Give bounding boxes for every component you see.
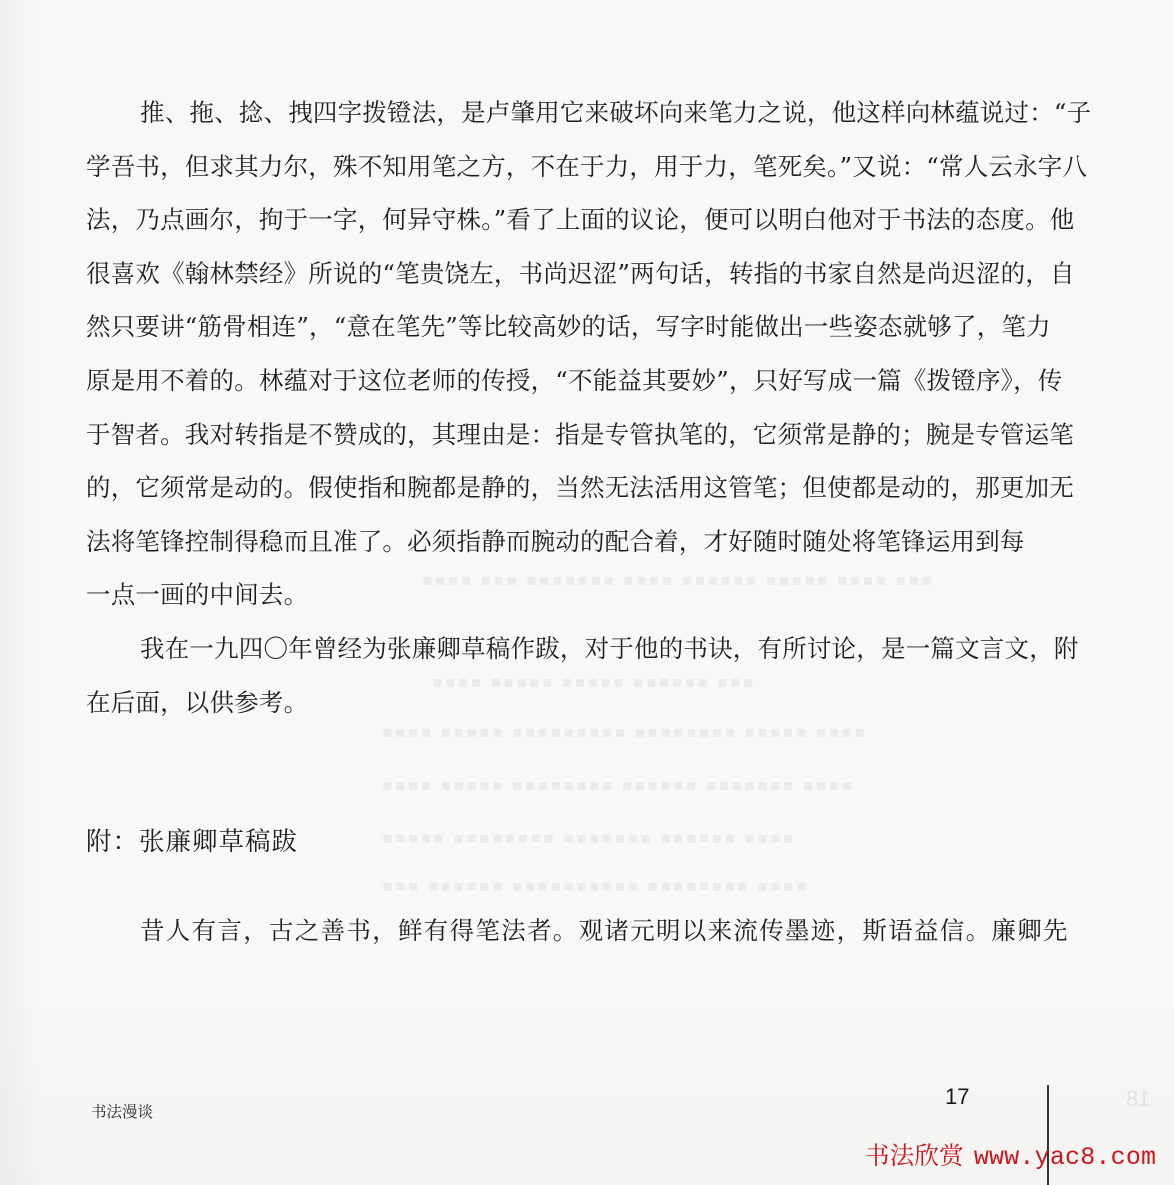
body-text: 推、拖、捻、拽四字拨镫法，是卢肇用它来破坏向来笔力之说，他这样向林蕴说过：“子 …: [86, 86, 1054, 729]
watermark: 书法欣赏www.yac8.com: [865, 1137, 1156, 1172]
text-line: 在后面，以供参考。: [86, 676, 1054, 730]
paragraph-2: 我在一九四〇年曾经为张廉卿草稿作跋，对于他的书诀，有所讨论，是一篇文言文，附 在…: [86, 622, 1054, 729]
page-number: 17: [945, 1084, 969, 1110]
paragraph-1: 推、拖、捻、拽四字拨镫法，是卢肇用它来破坏向来笔力之说，他这样向林蕴说过：“子 …: [86, 86, 1054, 622]
text-line: 我在一九四〇年曾经为张廉卿草稿作跋，对于他的书诀，有所讨论，是一篇文言文，附: [86, 622, 1054, 676]
bleed-through-text: ▪▪▪▪ ▪▪▪▪▪▪▪ ▪▪▪▪▪▪ ▪▪▪▪▪▪▪▪ ▪▪▪▪▪ ▪▪▪▪: [380, 775, 852, 794]
bleed-through-text: ▪▪▪▪ ▪▪▪▪▪▪▪▪ ▪▪▪▪▪▪▪▪▪▪ ▪▪▪▪▪▪ ▪▪▪: [380, 876, 807, 895]
bleed-through-text: ▪▪▪▪ ▪▪▪▪▪▪ ▪▪▪▪▪▪▪ ▪▪▪▪▪▪▪▪ ▪▪▪▪▪: [380, 828, 794, 847]
appendix-heading: 附：张廉卿草稿跋: [86, 822, 298, 858]
appendix-paragraph: 昔人有言，古之善书，鲜有得笔法者。观诸元明以来流传墨迹，斯语益信。廉卿先: [140, 912, 1069, 947]
text-line: 于智者。我对转指是不赞成的，其理由是：指是专管执笔的，它须常是静的；腕是专管运笔: [86, 408, 1054, 462]
text-line: 然只要讲“筋骨相连”，“意在笔先”等比较高妙的话，写字时能做出一些姿态就够了，笔…: [86, 300, 1054, 354]
text-line: 一点一画的中间去。: [86, 568, 1054, 622]
text-line: 原是用不着的。林蕴对于这位老师的传授，“不能益其要妙”，只好写成一篇《拨镫序》，…: [86, 354, 1054, 408]
watermark-url: www.yac8.com: [974, 1143, 1156, 1172]
text-line: 推、拖、捻、拽四字拨镫法，是卢肇用它来破坏向来笔力之说，他这样向林蕴说过：“子: [86, 86, 1054, 140]
text-line: 法，乃点画尔，拘于一字，何异守株。”看了上面的议论，便可以明白他对于书法的态度。…: [86, 193, 1054, 247]
text-line: 学吾书，但求其力尔，殊不知用笔之方，不在于力，用于力，笔死矣。”又说：“常人云永…: [86, 140, 1054, 194]
text-line: 的，它须常是动的。假使指和腕都是静的，当然无法活用这管笔；但使都是动的，那更加无: [86, 461, 1054, 515]
footer-book-title: 书法漫谈: [91, 1100, 153, 1122]
text-line: 很喜欢《翰林禁经》所说的“笔贵饶左，书尚迟涩”两句话，转指的书家自然是尚迟涩的，…: [86, 247, 1054, 301]
watermark-label: 书法欣赏: [865, 1141, 964, 1170]
facing-page-number-ghost: 18: [1126, 1086, 1150, 1112]
text-line: 法将笔锋控制得稳而且准了。必须指静而腕动的配合着，才好随时随处将笔锋运用到每: [86, 515, 1054, 569]
